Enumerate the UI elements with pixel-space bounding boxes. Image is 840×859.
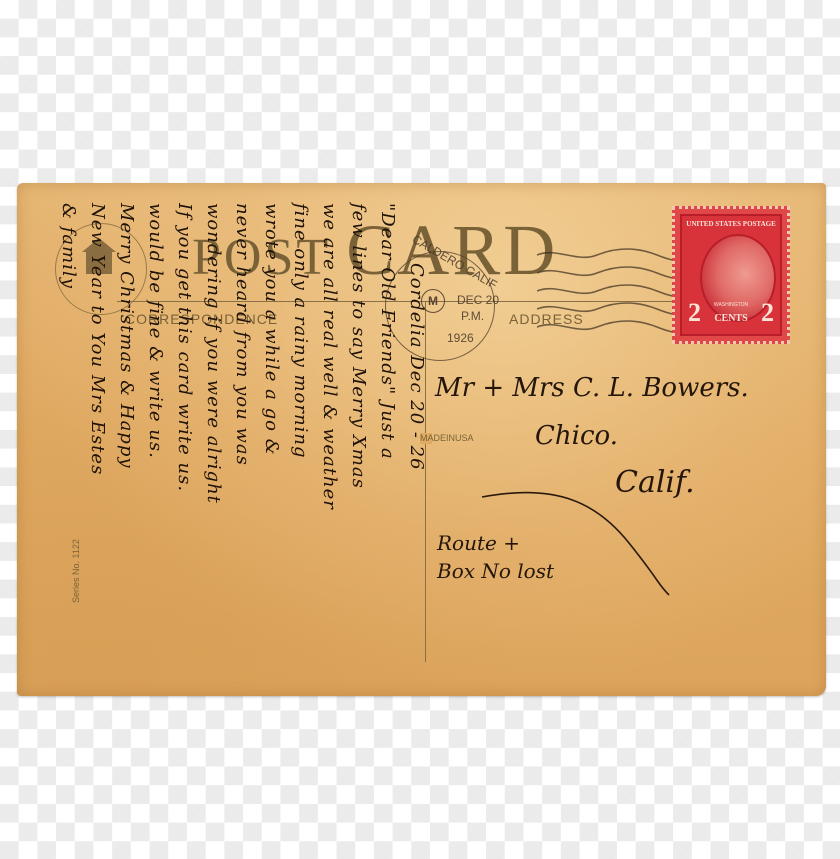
message-line: New Year to You Mrs Estes <box>87 203 108 475</box>
message-line: wondering if you were alright <box>203 203 224 504</box>
message-line: "Dear Old Friends" Just a <box>377 203 398 460</box>
message-line: fine only a rainy morning <box>290 203 311 458</box>
message-line: Cordelia Dec 20 - 26 <box>406 263 427 471</box>
message-line: never heard from you was <box>232 203 253 466</box>
message-line: would be fine & write us. <box>145 203 166 459</box>
message-line: few lines to say Merry Xmas <box>348 203 369 489</box>
postcard: POST CARD CORRESPONDENCE ADDRESS MADEINU… <box>17 183 826 696</box>
message-line: wrote you a while a go & <box>261 203 282 456</box>
message-line: If you get this card write us. <box>174 203 195 492</box>
message-line: Merry Christmas & Happy <box>116 203 137 469</box>
message-line: & family <box>58 203 79 289</box>
handwritten-message: Cordelia Dec 20 - 26"Dear Old Friends" J… <box>47 203 427 673</box>
message-line: we are all real well & weather <box>319 203 340 510</box>
